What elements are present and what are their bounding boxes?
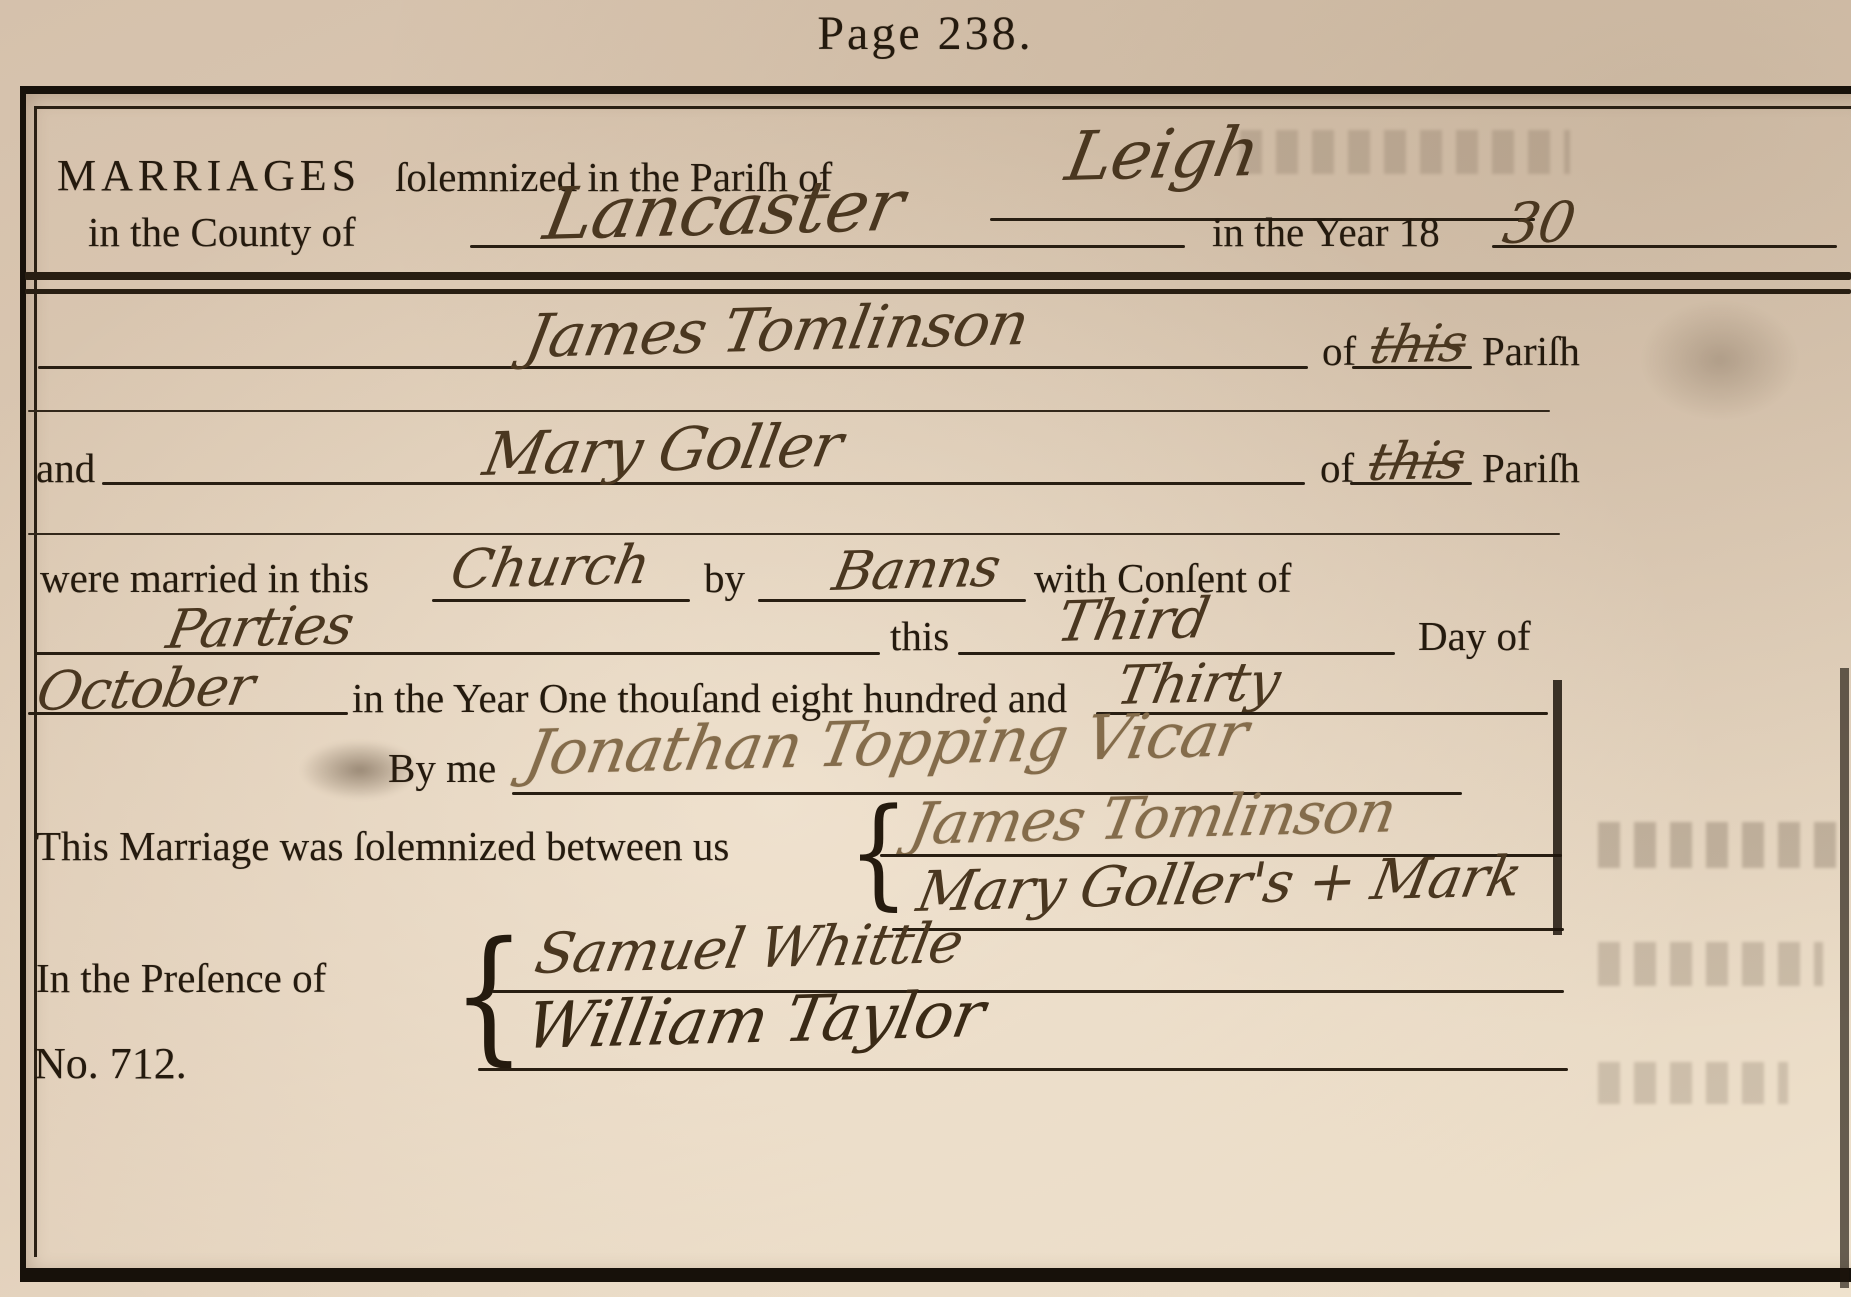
paper-stain-2: [1640, 300, 1800, 420]
page-title: Page 238.: [0, 6, 1851, 61]
by-label: by: [704, 554, 745, 602]
bleedthrough-block-1: [1598, 822, 1838, 868]
marriages-heading-word: MARRIAGES: [57, 150, 361, 201]
bleedthrough-header-text: [1240, 130, 1570, 174]
section-divider-top: [25, 272, 1851, 280]
handwritten-day: Third: [1052, 586, 1214, 655]
bride-of-label: of: [1320, 444, 1354, 492]
bride-second-blank-line: [28, 533, 1560, 535]
page-edge-shadow: [1840, 668, 1849, 1288]
handwritten-county: Lancaster: [538, 163, 910, 256]
bleedthrough-block-3: [1598, 1062, 1788, 1104]
handwritten-consent-party: Parties: [162, 593, 358, 661]
month-blank-line: [28, 712, 348, 715]
county-label: in the County of: [88, 208, 356, 256]
witness-2-line: [478, 1068, 1568, 1071]
presence-label: In the Preſence of: [36, 954, 326, 1002]
handwritten-place: Church: [446, 533, 654, 601]
consent-blank-line: [35, 652, 880, 655]
this-label: this: [890, 612, 949, 660]
handwritten-parish: Leigh: [1060, 113, 1265, 197]
bride-residence-line: [1350, 482, 1472, 485]
handwritten-method: Banns: [828, 536, 1005, 603]
and-label: and: [36, 444, 95, 492]
bride-signature-line: [892, 928, 1564, 931]
paper-stain-1: [300, 740, 420, 800]
bride-parish-label: Pariſh: [1482, 444, 1580, 492]
register-page-scan: Page 238. MARRIAGES ſolemnized in the Pa…: [0, 0, 1851, 1297]
day-of-label: Day of: [1418, 612, 1531, 660]
handwritten-witness-1: Samuel Whittle: [530, 911, 968, 987]
bleedthrough-block-2: [1598, 942, 1823, 986]
presence-brace: {: [452, 911, 526, 1080]
handwritten-groom-name: James Tomlinson: [520, 289, 1034, 372]
handwritten-bride-name: Mary Goller: [478, 411, 847, 490]
handwritten-witness-2: William Taylor: [520, 978, 989, 1064]
year-blank-line: [1492, 245, 1837, 248]
entry-number: No. 712.: [34, 1038, 187, 1089]
solemnized-brace: {: [848, 782, 909, 922]
groom-residence-line: [1352, 366, 1472, 369]
solemnized-label: This Marriage was ſolemnized between us: [36, 822, 729, 870]
handwritten-groom-signature: James Tomlinson: [905, 777, 1401, 858]
year-label: in the Year 18: [1212, 208, 1440, 256]
scan-artifact-vertical-line: [1553, 680, 1562, 935]
groom-parish-label: Pariſh: [1482, 327, 1580, 375]
